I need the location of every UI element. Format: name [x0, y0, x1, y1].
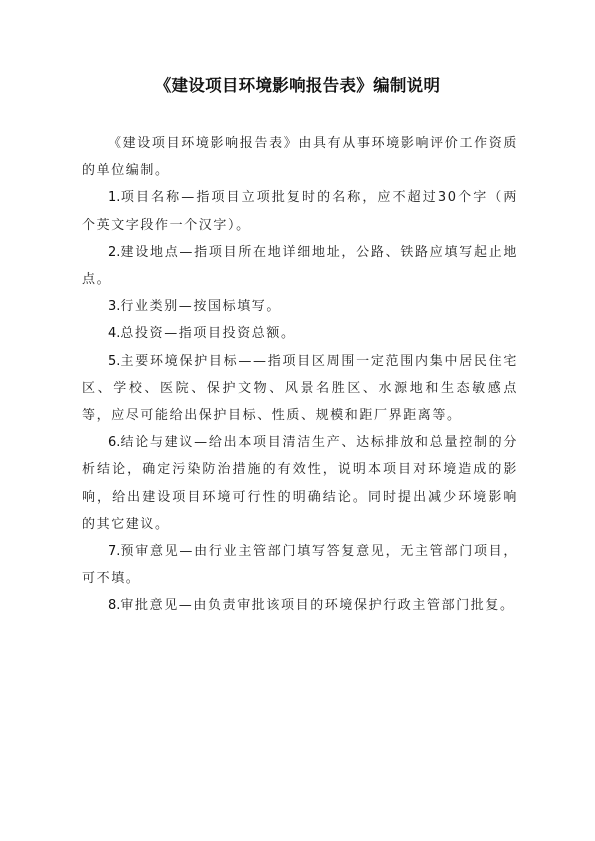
item-text: 结论与建议—给出本项目清洁生产、达标排放和总量控制的分析结论，确定污染防治措施的… — [82, 435, 518, 532]
item-total-investment: 4.总投资—指项目投资总额。 — [82, 320, 518, 347]
paragraph-text: 《建设项目环境影响报告表》由具有从事环境影响评价工作资质的单位编制。 — [82, 136, 518, 178]
item-protection-targets: 5.主要环境保护目标——指项目区周围一定范围内集中居民住宅区、学校、医院、保护文… — [82, 348, 518, 430]
item-text: 建设地点—指项目所在地详细地址，公路、铁路应填写起止地点。 — [82, 245, 518, 287]
item-pre-review: 7.预审意见—由行业主管部门填写答复意见，无主管部门项目，可不填。 — [82, 538, 518, 592]
item-number: 6. — [108, 435, 120, 450]
item-text: 总投资—指项目投资总额。 — [120, 326, 295, 341]
item-approval: 8.审批意见—由负责审批该项目的环境保护行政主管部门批复。 — [82, 592, 518, 619]
item-number: 5. — [108, 354, 120, 369]
document-body: 《建设项目环境影响报告表》由具有从事环境影响评价工作资质的单位编制。 1.项目名… — [82, 130, 518, 620]
item-number: 7. — [108, 544, 120, 559]
item-number: 2. — [108, 245, 120, 260]
item-text: 主要环境保护目标——指项目区周围一定范围内集中居民住宅区、学校、医院、保护文物、… — [82, 354, 518, 423]
item-industry-category: 3.行业类别—按国标填写。 — [82, 293, 518, 320]
item-number: 3. — [108, 299, 120, 314]
item-conclusions: 6.结论与建议—给出本项目清洁生产、达标排放和总量控制的分析结论，确定污染防治措… — [82, 429, 518, 538]
item-number: 4. — [108, 326, 120, 341]
document-title: 《建设项目环境影响报告表》编制说明 — [0, 72, 595, 96]
item-text: 行业类别—按国标填写。 — [120, 299, 281, 314]
item-project-name: 1.项目名称—指项目立项批复时的名称，应不超过30个字（两个英文字段作一个汉字）… — [82, 184, 518, 238]
item-text: 预审意见—由行业主管部门填写答复意见，无主管部门项目，可不填。 — [82, 544, 518, 586]
item-text: 项目名称—指项目立项批复时的名称，应不超过30个字（两个英文字段作一个汉字）。 — [82, 190, 518, 232]
item-construction-site: 2.建设地点—指项目所在地详细地址，公路、铁路应填写起止地点。 — [82, 239, 518, 293]
item-number: 8. — [108, 598, 120, 613]
item-number: 1. — [108, 190, 120, 205]
item-text: 审批意见—由负责审批该项目的环境保护行政主管部门批复。 — [120, 598, 514, 613]
intro-paragraph: 《建设项目环境影响报告表》由具有从事环境影响评价工作资质的单位编制。 — [82, 130, 518, 184]
